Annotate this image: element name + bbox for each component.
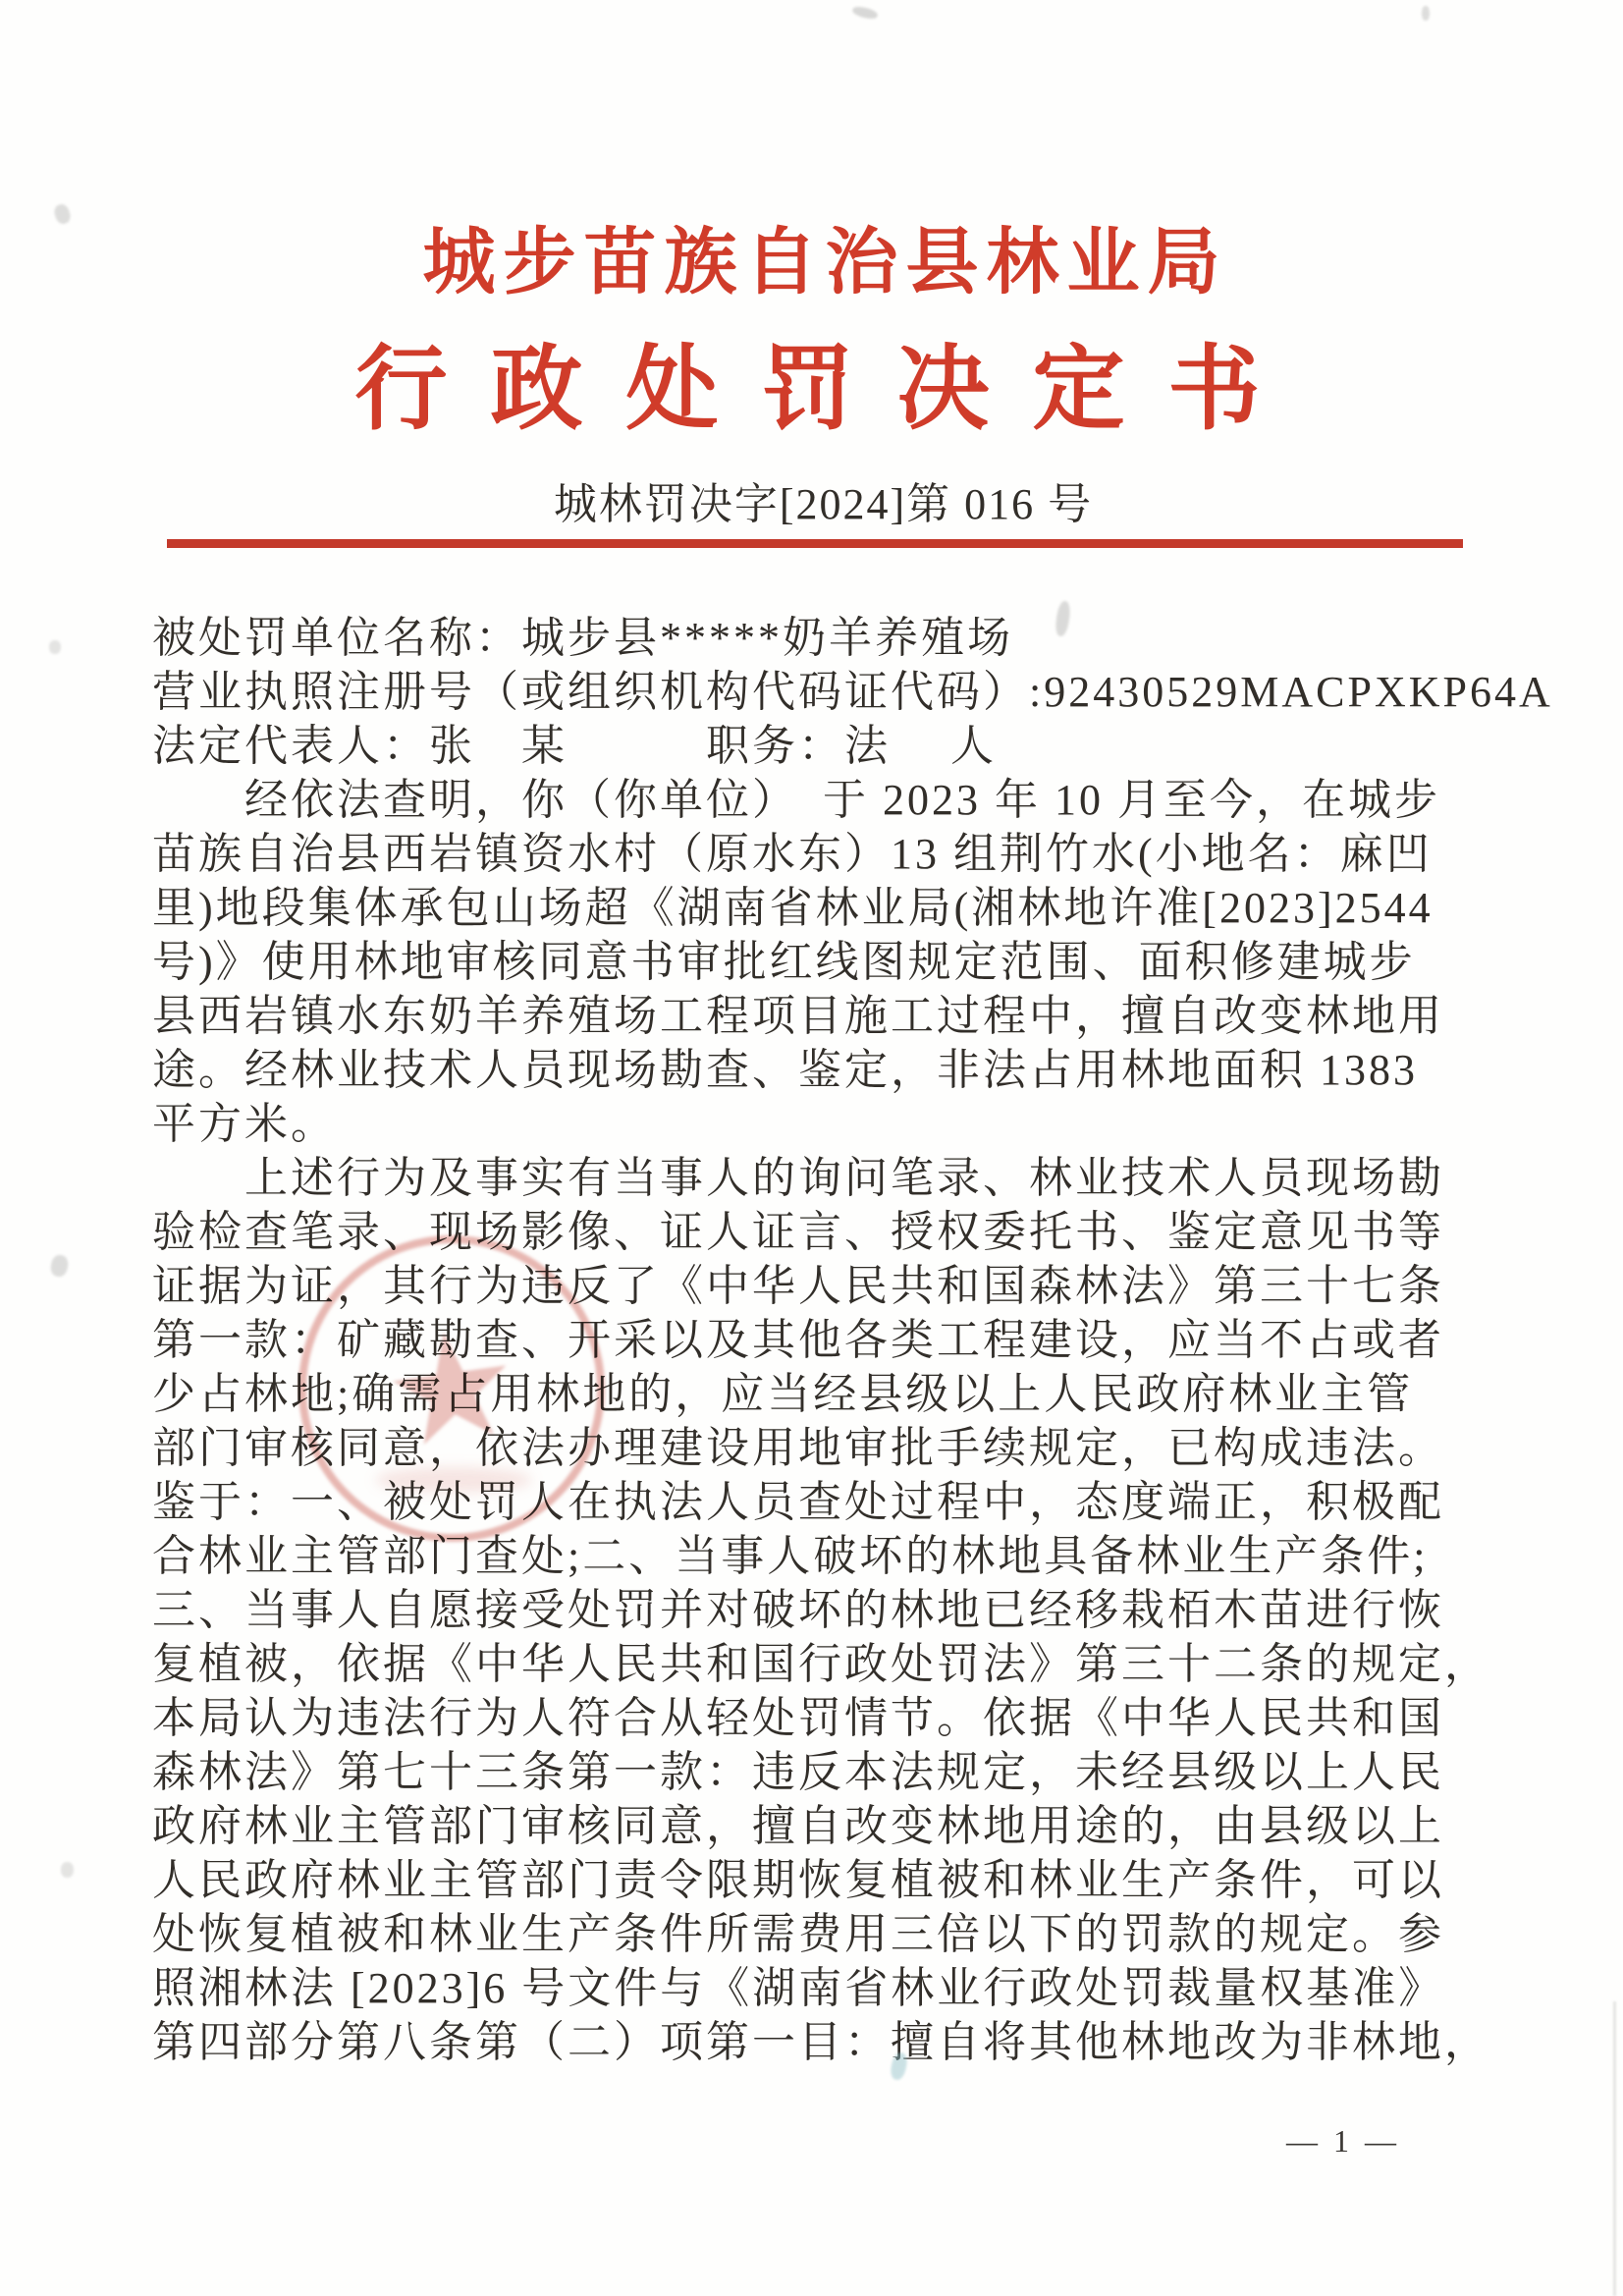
page-number: — 1 — — [1286, 2123, 1400, 2159]
penalty-decision-document: 城步苗族自治县林业局 行政处罚决定书 城林罚决字[2024]第 016 号 被处… — [0, 0, 1623, 2296]
scan-artifact — [851, 5, 879, 21]
body-line: 第四部分第八条第（二）项第一目：擅自将其他林地改为非林地， — [152, 2015, 1480, 2069]
body-line: 经依法查明，你（你单位） 于 2023 年 10 月至今，在城步 — [152, 773, 1480, 827]
body-line: 平方米。 — [152, 1097, 1480, 1151]
body-line: 途。经林业技术人员现场勘查、鉴定，非法占用林地面积 1383 — [152, 1043, 1480, 1097]
body-line: 营业执照注册号（或组织机构代码证代码）:92430529MACPXKP64A — [152, 665, 1480, 719]
body-line: 人民政府林业主管部门责令限期恢复植被和林业生产条件，可以 — [152, 1853, 1480, 1907]
body-text: 被处罚单位名称：城步县*****奶羊养殖场营业执照注册号（或组织机构代码证代码）… — [152, 611, 1480, 2069]
scan-artifact — [49, 640, 61, 654]
body-line: 三、当事人自愿接受处罚并对破坏的林地已经移栽栢木苗进行恢 — [152, 1583, 1480, 1637]
document-title: 行政处罚决定书 — [18, 342, 1623, 439]
scan-artifact — [61, 1862, 74, 1878]
body-line: 少占林地;确需占用林地的，应当经县级以上人民政府林业主管 — [152, 1367, 1480, 1421]
body-line: 本局认为违法行为人符合从轻处罚情节。依据《中华人民共和国 — [152, 1691, 1480, 1745]
body-line: 被处罚单位名称：城步县*****奶羊养殖场 — [152, 611, 1480, 665]
body-line: 苗族自治县西岩镇资水村（原水东）13 组荆竹水(小地名：麻凹 — [152, 827, 1480, 881]
body-line: 照湘林法 [2023]6 号文件与《湖南省林业行政处罚裁量权基准》 — [152, 1961, 1480, 2015]
body-line: 上述行为及事实有当事人的询问笔录、林业技术人员现场勘 — [152, 1151, 1480, 1205]
body-line: 验检查笔录、现场影像、证人证言、授权委托书、鉴定意见书等 — [152, 1205, 1480, 1259]
body-line: 政府林业主管部门审核同意，擅自改变林地用途的，由县级以上 — [152, 1799, 1480, 1853]
body-line: 法定代表人：张 某 职务：法 人 — [152, 719, 1480, 773]
body-line: 号)》使用林地审核同意书审批红线图规定范围、面积修建城步 — [152, 935, 1480, 989]
scan-artifact — [1422, 6, 1430, 21]
scan-edge-line — [1613, 2001, 1616, 2296]
scan-artifact — [49, 1254, 70, 1279]
agency-title: 城步苗族自治县林业局 — [14, 224, 1623, 301]
body-line: 证据为证，其行为违反了《中华人民共和国森林法》第三十七条 — [152, 1259, 1480, 1313]
body-line: 第一款：矿藏勘查、开采以及其他各类工程建设，应当不占或者 — [152, 1313, 1480, 1367]
document-number: 城林罚决字[2024]第 016 号 — [12, 479, 1623, 530]
body-line: 鉴于：一、被处罚人在执法人员查处过程中，态度端正，积极配 — [152, 1475, 1480, 1529]
scan-artifact — [52, 202, 72, 226]
body-line: 处恢复植被和林业生产条件所需费用三倍以下的罚款的规定。参 — [152, 1907, 1480, 1961]
body-line: 合林业主管部门查处;二、当事人破坏的林地具备林业生产条件; — [152, 1529, 1480, 1583]
body-line: 部门审核同意，依法办理建设用地审批手续规定，已构成违法。 — [152, 1421, 1480, 1475]
body-line: 森林法》第七十三条第一款：违反本法规定，未经县级以上人民 — [152, 1745, 1480, 1799]
body-line: 复植被，依据《中华人民共和国行政处罚法》第三十二条的规定， — [152, 1637, 1480, 1691]
body-line: 县西岩镇水东奶羊养殖场工程项目施工过程中，擅自改变林地用 — [152, 989, 1480, 1043]
red-divider-rule — [167, 539, 1463, 548]
body-line: 里)地段集体承包山场超《湖南省林业局(湘林地许准[2023]2544 — [152, 881, 1480, 935]
